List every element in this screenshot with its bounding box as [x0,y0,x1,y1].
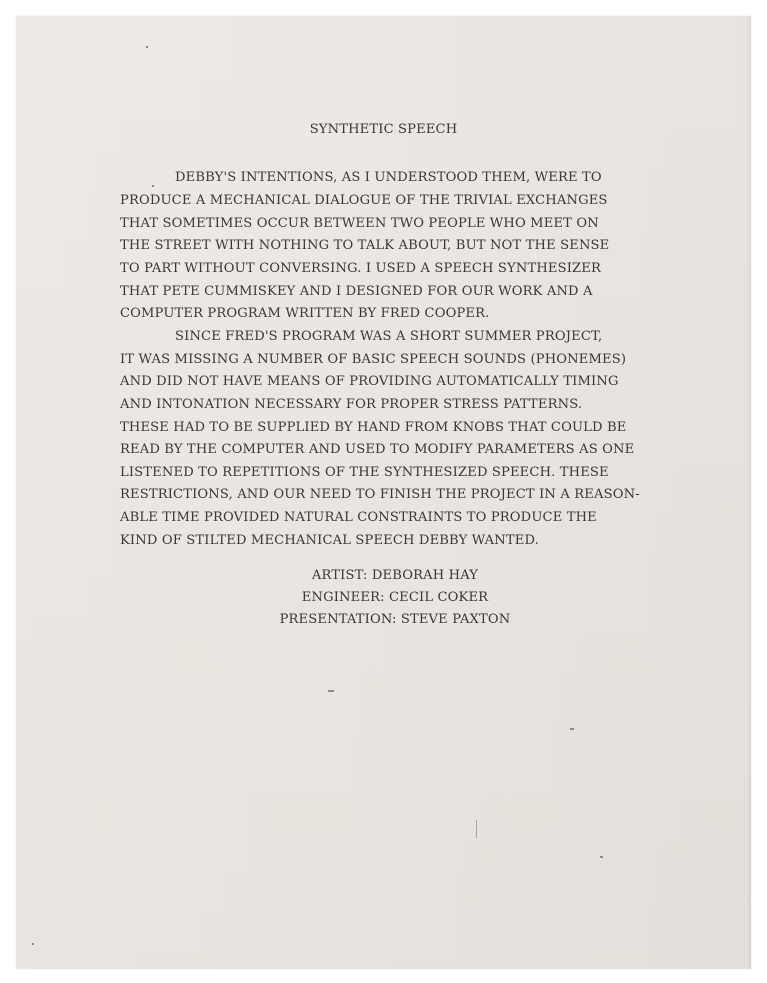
stray-mark [146,46,148,48]
paragraph-2-line: KIND OF STILTED MECHANICAL SPEECH DEBBY … [120,533,539,548]
paragraph-2-line: AND INTONATION NECESSARY FOR PROPER STRE… [120,397,582,412]
credit-artist: ARTIST: DEBORAH HAY [0,568,767,583]
paragraph-2-line: IT WAS MISSING A NUMBER OF BASIC SPEECH … [120,352,626,367]
paragraph-2-line: SINCE FRED'S PROGRAM WAS A SHORT SUMMER … [175,329,602,344]
credit-presentation: PRESENTATION: STEVE PAXTON [0,612,767,627]
stray-mark [152,185,154,187]
page-edge-shadow [747,16,751,969]
document-title: SYNTHETIC SPEECH [0,122,767,137]
paragraph-1-line: TO PART WITHOUT CONVERSING. I USED A SPE… [120,261,601,276]
stray-mark [570,728,574,730]
paragraph-2-line: LISTENED TO REPETITIONS OF THE SYNTHESIZ… [120,465,609,480]
paragraph-1-line: COMPUTER PROGRAM WRITTEN BY FRED COOPER. [120,306,489,321]
stray-mark [328,690,334,692]
paragraph-1-line: THE STREET WITH NOTHING TO TALK ABOUT, B… [120,238,609,253]
paragraph-1-line: DEBBY'S INTENTIONS, AS I UNDERSTOOD THEM… [175,170,602,185]
paragraph-2-line: READ BY THE COMPUTER AND USED TO MODIFY … [120,442,634,457]
credit-engineer: ENGINEER: CECIL COKER [0,590,767,605]
paragraph-2-line: AND DID NOT HAVE MEANS OF PROVIDING AUTO… [120,374,619,389]
paragraph-2-line: ABLE TIME PROVIDED NATURAL CONSTRAINTS T… [120,510,597,525]
paragraph-1-line: PRODUCE A MECHANICAL DIALOGUE OF THE TRI… [120,193,608,208]
paragraph-1-line: THAT SOMETIMES OCCUR BETWEEN TWO PEOPLE … [120,216,599,231]
stray-mark [32,943,34,945]
stray-mark [600,856,603,858]
paragraph-2-line: RESTRICTIONS, AND OUR NEED TO FINISH THE… [120,487,640,502]
stray-mark [476,820,477,838]
paragraph-1-line: THAT PETE CUMMISKEY AND I DESIGNED FOR O… [120,284,593,299]
paragraph-2-line: THESE HAD TO BE SUPPLIED BY HAND FROM KN… [120,420,626,435]
